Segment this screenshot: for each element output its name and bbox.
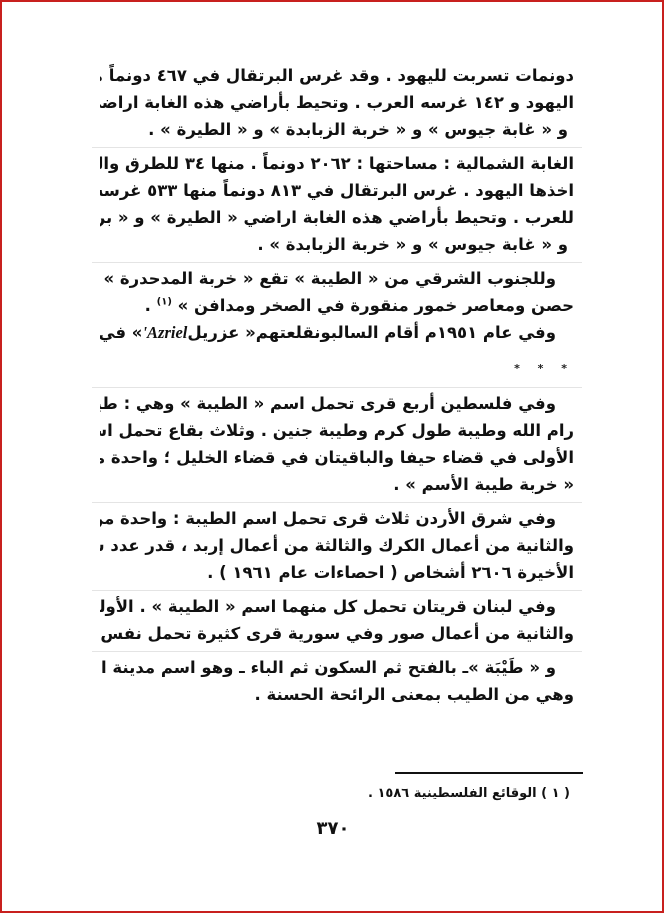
paragraph-jordan-villages: وفي شرق الأردن ثلاث قرى تحمل اسم الطيبة … bbox=[100, 505, 574, 589]
paragraph-divider bbox=[92, 651, 582, 652]
text-line: وفي لبنان قريتان تحمل كل منهما اسم « الط… bbox=[100, 593, 574, 620]
text-run: » في ظاهر الطيبةالغربي. bbox=[100, 323, 142, 342]
text-line: و « غابة جيوس » و « خربة الزبابدة » . bbox=[100, 231, 574, 258]
text-run: حصن ومعاصر خمور منقورة في الصخر ومدافن » bbox=[178, 296, 574, 315]
paragraph-northern-forest: الغابة الشمالية : مساحتها : ٢٠٦٢ دونماً … bbox=[100, 150, 574, 261]
paragraph-divider bbox=[92, 590, 582, 591]
text-line: دونمات تسربت لليهود . وقد غرس البرتقال ف… bbox=[100, 62, 574, 89]
text-line: الأخيرة ٢٦٠٦ أشخاص ( احصاءات عام ١٩٦١ ) … bbox=[100, 559, 574, 586]
section-separator-stars: * * * bbox=[100, 361, 574, 377]
paragraph-orange-groves: دونمات تسربت لليهود . وقد غرس البرتقال ف… bbox=[100, 62, 574, 146]
text-line: وهي من الطيب بمعنى الرائحة الحسنة . bbox=[100, 681, 574, 708]
section-lead-heading: الغابة الشمالية bbox=[456, 154, 574, 173]
text-line: وللجنوب الشرقي من « الطيبة » تقع « خربة … bbox=[100, 265, 574, 292]
text-line: اليهود و ١٤٢ غرسه العرب . وتحيط بأراضي ه… bbox=[100, 89, 574, 116]
text-line: الغابة الشمالية : مساحتها : ٢٠٦٢ دونماً … bbox=[100, 150, 574, 177]
page-number: ٣٧٠ bbox=[300, 818, 366, 839]
paragraph-southeast-ruins: وللجنوب الشرقي من « الطيبة » تقع « خربة … bbox=[100, 265, 574, 349]
footnote-rule bbox=[395, 772, 583, 774]
text-line: والثانية من أعمال الكرك والثالثة من أعما… bbox=[100, 532, 574, 559]
text-line: و « غابة جيوس » و « خربة الزبابدة » و « … bbox=[100, 116, 574, 143]
text-line: للعرب . وتحيط بأراضي هذه الغابة اراضي « … bbox=[100, 204, 574, 231]
footnote-marker[interactable]: (١) bbox=[157, 297, 172, 308]
text-line: وفي شرق الأردن ثلاث قرى تحمل اسم الطيبة … bbox=[100, 505, 574, 532]
text-line: اخذها اليهود . غرس البرتقال في ٨١٣ دونما… bbox=[100, 177, 574, 204]
paragraph-divider bbox=[92, 147, 582, 148]
paragraph-palestine-villages: وفي فلسطين أربع قرى تحمل اسم « الطيبة » … bbox=[100, 390, 574, 501]
text-line: وفي عام ١٩٥١م أقام السالبونقلعتهم« عزريل… bbox=[100, 319, 574, 346]
text-line: « خربة طيبة الأسم » . bbox=[100, 471, 574, 498]
text-line: والثانية من أعمال صور وفي سورية قرى كثير… bbox=[100, 620, 574, 647]
text-run: وفي عام ١٩٥١م أقام السالبونقلعتهم« عزريل bbox=[187, 323, 556, 342]
text-line: الأولى في قضاء حيفا والباقيتان في قضاء ا… bbox=[100, 444, 574, 471]
paragraph-divider bbox=[92, 502, 582, 503]
page-body: دونمات تسربت لليهود . وقد غرس البرتقال ف… bbox=[100, 62, 574, 711]
text-line: حصن ومعاصر خمور منقورة في الصخر ومدافن »… bbox=[100, 292, 574, 319]
latin-name: 'Azriel bbox=[142, 323, 187, 342]
paragraph-lebanon-villages: وفي لبنان قريتان تحمل كل منهما اسم « الط… bbox=[100, 593, 574, 650]
paragraph-name-etymology: و « طَيْبَة »ـ بالفتح ثم السكون ثم الباء… bbox=[100, 654, 574, 711]
text-line: رام الله وطيبة طول كرم وطيبة جنين . وثلا… bbox=[100, 417, 574, 444]
paragraph-divider bbox=[92, 262, 582, 263]
paragraph-divider bbox=[92, 387, 582, 388]
text-line: وفي فلسطين أربع قرى تحمل اسم « الطيبة » … bbox=[100, 390, 574, 417]
text-line: و « طَيْبَة »ـ بالفتح ثم السكون ثم الباء… bbox=[100, 654, 574, 681]
footnote: ( ١ ) الوقائع الفلسطينية ١٥٨٦ . bbox=[360, 786, 570, 801]
text-run: : مساحتها : ٢٠٦٢ دونماً . منها ٣٤ للطرق … bbox=[100, 154, 456, 173]
